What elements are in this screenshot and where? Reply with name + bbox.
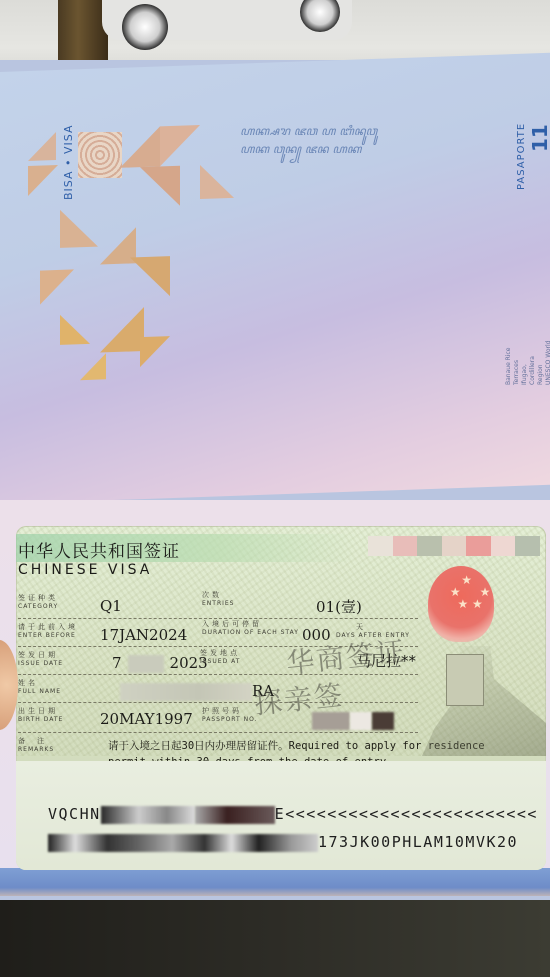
visa-title-english: CHINESE VISA xyxy=(18,562,152,578)
page-number: 11 xyxy=(528,124,550,152)
passport-upper-page xyxy=(0,53,550,504)
watchtower-illustration xyxy=(446,654,484,706)
page-caption: Banaue Rice Terraces Ifugao, Cordillera … xyxy=(505,340,550,385)
enter-before-value: 17JAN2024 xyxy=(100,626,187,644)
mrz-line-2: 173JK00PHLAM10MVK20 xyxy=(48,833,518,852)
issue-date-label: 签发日期 ISSUE DATE xyxy=(18,650,63,667)
visa-title-chinese: 中华人民共和国签证 xyxy=(18,537,180,562)
remarks-label: 备注 REMARKS xyxy=(18,736,56,753)
mrz-line-1: VQCHNE<<<<<<<<<<<<<<<<<<<<<<<< xyxy=(48,805,538,824)
redacted-visa-number xyxy=(368,536,540,556)
emblem-stars-icon: ★ ★ ★ ★ ★ xyxy=(446,574,490,610)
issue-date-value: 72023 xyxy=(112,654,208,673)
divider xyxy=(18,702,418,703)
caption-line: Banaue Rice Terraces xyxy=(505,340,521,385)
redacted-block xyxy=(128,655,164,673)
passport-cover-edge xyxy=(0,868,550,896)
car-wheel xyxy=(122,4,168,50)
passaporte-label: PASAPORTE xyxy=(516,123,527,190)
redacted-block xyxy=(120,683,252,701)
category-label: 签证种类 CATEGORY xyxy=(18,593,58,610)
divider xyxy=(18,732,418,733)
full-name-label: 姓名 FULL NAME xyxy=(18,678,61,695)
machine-readable-zone: VQCHNE<<<<<<<<<<<<<<<<<<<<<<<< 173JK00PH… xyxy=(16,761,546,870)
birth-date-value: 20MAY1997 xyxy=(100,710,193,728)
duration-label: 入境后可停留 DURATION OF EACH STAY xyxy=(202,619,299,636)
caption-line: UNESCO World Heritage xyxy=(545,340,550,385)
handwriting-line: ꦲꦏ꧀ꦱꦫ ꦗꦮ ꦲ ꦧꦶꦤꦸꦮꦸ xyxy=(240,122,377,140)
issued-at-label: 签发地点 ISSUED AT xyxy=(200,648,240,665)
handwriting-line: ꦲꦏ ꦮꦸꦤ꧀ ꦗꦤ ꦲꦏ xyxy=(240,140,377,158)
entries-label: 次数 ENTRIES xyxy=(202,590,234,607)
category-value: Q1 xyxy=(100,597,122,615)
ground-background xyxy=(0,895,550,977)
visa-hologram xyxy=(78,132,122,178)
visa-page-label: BISA • VISA xyxy=(62,125,75,200)
enter-before-label: 请于此前入境 ENTER BEFORE xyxy=(18,622,78,639)
entries-value: 01(壹) xyxy=(316,596,362,617)
birth-date-label: 出生日期 BIRTH DATE xyxy=(18,706,63,723)
full-name-value: RA xyxy=(120,682,274,701)
caption-line: Ifugao, Cordillera Region xyxy=(521,340,545,385)
chinese-visa-sticker: 中华人民共和国签证 CHINESE VISA 签证种类 CATEGORY Q1 … xyxy=(16,526,546,870)
passport-no-label: 护照号码 PASSPORT NO. xyxy=(202,706,257,723)
handwritten-text: ꦲꦏ꧀ꦱꦫ ꦗꦮ ꦲ ꦧꦶꦤꦸꦮꦸ ꦲꦏ ꦮꦸꦤ꧀ ꦗꦤ ꦲꦏ xyxy=(240,122,377,158)
